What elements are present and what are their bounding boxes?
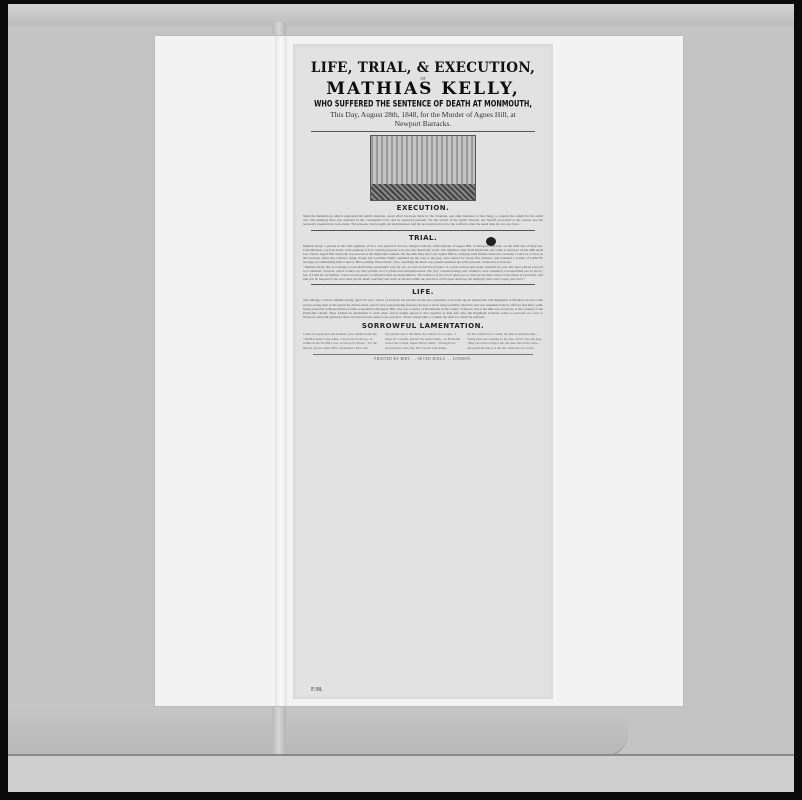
lower-mount-roll <box>8 704 628 757</box>
lamentation-heading: SORROWFUL LAMENTATION. <box>293 322 553 330</box>
verse-column: Come all young men and maidens, give att… <box>303 332 379 350</box>
top-mount-edge <box>8 4 794 27</box>
printer-imprint: PRINTED BY BIRT, ... SEVEN DIALS, ... LO… <box>313 354 533 361</box>
mat-crease <box>275 36 287 706</box>
section-text-execution: Since the melancholy subject engrossed t… <box>293 214 553 227</box>
execution-scene-woodcut-icon <box>370 135 476 201</box>
section-heading-execution: EXECUTION. <box>293 204 553 212</box>
section-heading-life: LIFE. <box>293 288 553 296</box>
ink-blot-mark <box>486 237 496 246</box>
divider <box>311 284 535 285</box>
section-text-life: The unhappy Convict, Mathias Kelly, aged… <box>293 298 553 319</box>
shelf-mark: F.98. <box>311 687 323 693</box>
dateline: This Day, August 28th, 1848, for the Mur… <box>293 110 553 128</box>
verse-column: On the scaffold now I stand, my time is … <box>467 332 543 350</box>
title-line-1: LIFE, TRIAL, & EXECUTION, <box>293 60 553 76</box>
bottom-mount-edge <box>8 754 794 792</box>
divider <box>311 230 535 231</box>
section-heading-trial: TRIAL. <box>293 234 553 242</box>
subtitle: WHO SUFFERED THE SENTENCE OF DEATH AT MO… <box>293 99 553 109</box>
sentence-quote: “Mathias Kelly, this is certainly a most… <box>293 265 553 282</box>
verse-column: My parents dear, I left them, my country… <box>385 332 461 350</box>
lamentation-verses: Come all young men and maidens, give att… <box>293 332 553 350</box>
section-text-trial: Mathias Kelly, a private in the 12th reg… <box>293 244 553 265</box>
title-name: MATHIAS KELLY, <box>293 80 553 98</box>
broadside-sheet: LIFE, TRIAL, & EXECUTION, OF MATHIAS KEL… <box>293 44 553 699</box>
divider <box>311 131 535 132</box>
